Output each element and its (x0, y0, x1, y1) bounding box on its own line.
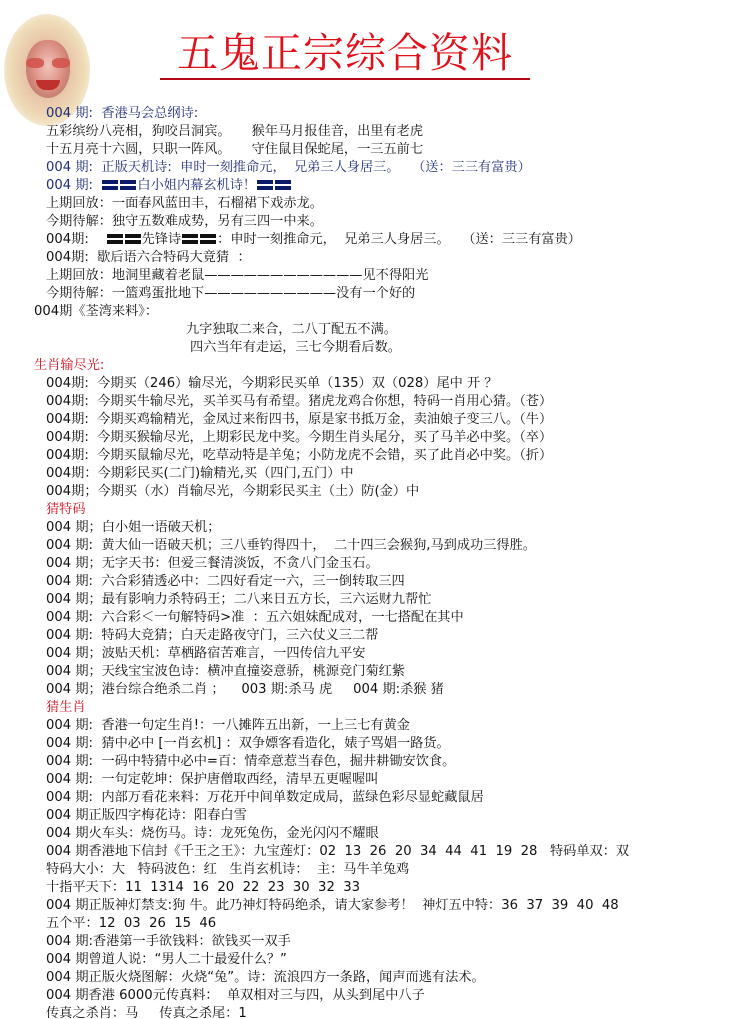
avatar-glasses (26, 58, 70, 68)
list-item: 004期: 今期买猴输尽光，上期彩民龙中奖。今期生肖头尾分，买了马羊必中奖。（卒… (46, 429, 552, 446)
list-item: 004 期曾道人说：“男人二十最爱什么？” (46, 951, 287, 968)
list-item: 004 期香港 6000元传真料： 单双相对三与四，从头到尾中八子 (46, 987, 425, 1004)
list-item: 004 期: 一句定乾坤：保护唐僧取西经，清早五更喔喔叫 (46, 771, 378, 788)
list-item: 004 期:香港第一手欲钱料：欲钱买一双手 (46, 933, 291, 950)
list-item: 五个平：12 03 26 15 46 (46, 915, 216, 932)
list-item: 004期；今期买（水）肖输尽光，今期彩民买主（土）防(金）中 (46, 483, 419, 500)
list-item: 004 期正版四字梅花诗：阳春白雪 (46, 807, 247, 824)
intro-prefix: 004期: (46, 232, 106, 247)
list-item: 004 期香港地下信封《千王之王》：九宝莲灯：02 13 26 20 34 44… (46, 843, 629, 860)
poem-line: 九字独取二来合，二八丁配五不满。 (186, 321, 397, 338)
list-item: 004 期: 香港一句定生肖!：一八摊阵五出新，一上三七有黄金 (46, 717, 410, 734)
list-item: 004 期；最有影响力杀特码王；二八来日五方长，三六运财九帮忙 (46, 591, 431, 608)
list-item: 004 期；白小姐一语破天机； (46, 519, 220, 536)
intro-line: 五彩缤纷八亮相，狗咬吕洞宾。 猴年马月报佳音，出里有老虎 (46, 123, 423, 140)
double-bar-icon (120, 180, 136, 190)
list-item: 004 期: 黄大仙一语破天机；三八垂钓得四十， 二十四三会猴狗,马到成功三得胜… (46, 537, 536, 554)
list-item: 传真之杀肖：马 传真之杀尾：1 (46, 1005, 247, 1019)
double-bar-icon (107, 234, 123, 244)
intro-line-bars: 004期: 先锋诗：申时一刻推命元， 兄弟三人身居三。 （送：三三有富贵） (46, 231, 581, 248)
list-item: 004 期: 一码中特猜中必中=百：情牵意惹当春色，掘井耕锄安饮食。 (46, 753, 455, 770)
double-bar-icon (182, 234, 198, 244)
list-item: 004 期火车头：烧伤马。诗：龙死兔伤，金光闪闪不耀眼 (46, 825, 379, 842)
list-item: 004 期正版火烧图解：火烧“兔”。诗：流浪四方一条路，闻声而逃有法术。 (46, 969, 485, 986)
list-item: 004 期: 内部万看花来料：万花开中间单数定成局，蓝绿色彩尽显蛇藏鼠居 (46, 789, 484, 806)
double-bar-icon (200, 234, 216, 244)
double-bar-icon (102, 180, 118, 190)
list-item: 004 期: 特码大竞猜；白天走路夜守门，三六仗义三二帮 (46, 627, 378, 644)
intro-line: 004期《荃湾来料》： (34, 303, 158, 320)
list-item: 004 期: 猜中必中 [一肖玄机] ：双争嫖客看造化，婊子骂娼一路货。 (46, 735, 450, 752)
double-bar-icon (257, 180, 273, 190)
double-bar-icon (275, 180, 291, 190)
page-title: 五鬼正宗综合资料 (160, 30, 530, 80)
intro-bar-label: 先锋诗 (142, 232, 182, 247)
list-item: 十指平天下：11 1314 16 20 22 23 30 32 33 (46, 879, 360, 896)
poem-line: 四六当年有走运，三七今期看后数。 (190, 339, 401, 356)
list-item: 004 期: 六合彩＜一句解特码>准 ：五六姐妹配成对，一七搭配在其中 (46, 609, 464, 626)
list-item: 004 期；波贴天机：草栖路宿苦难言，一四传信九平安 (46, 645, 366, 662)
intro-bar-label: 白小姐内幕玄机诗！ (137, 178, 256, 193)
intro-line: 上期回放：一面春风蓝田丰，石榴裙下戏赤龙。 (46, 195, 323, 212)
section-heading: 猜生肖 (46, 699, 86, 716)
intro-suffix: ：申时一刻推命元， 兄弟三人身居三。 （送：三三有富贵） (217, 232, 581, 247)
double-bar-icon (125, 234, 141, 244)
list-item: 004 期；无字天书：但爱三餐清淡饭，不贪八门金玉石。 (46, 555, 379, 572)
list-item: 004 期；港台综合绝杀二肖 ； 003 期:杀马 虎 004 期:杀猴 猪 (46, 681, 444, 698)
intro-line: 004 期: 香港马会总纲诗: (46, 105, 198, 122)
intro-prefix: 004 期: (46, 178, 101, 193)
intro-line: 004 期: 正版天机诗: 申时一刻推命元， 兄弟三人身居三。 （送：三三有富贵… (46, 159, 531, 176)
list-item: 004期: 今期买鸡输精光，金凤过来衔四书，原是家书抵万金，卖油娘子变三八。（牛… (46, 411, 552, 428)
section-heading: 生肖输尽光: (34, 357, 104, 374)
list-item: 004期: 今期买（246）输尽光，今期彩民买单（135）双（028）尾中 开 … (46, 375, 498, 392)
intro-line: 004期: 歇后语六合特码大竟猜 ： (46, 249, 251, 266)
list-item: 004 期；天线宝宝波色诗：横冲直撞姿意骄，桃源竞门菊红紫 (46, 663, 405, 680)
list-item: 004期: 今期买牛输尽光，买羊买马有希望。猪虎龙鸡合你想，特码一肖用心猜。（苍… (46, 393, 552, 410)
intro-line: 十五月亮十六圆，只职一阵风。 守住鼠目保蛇尾，一三五前七 (46, 141, 423, 158)
list-item: 004期: 今期买鼠输尽光，吃草动特是羊兔；小防龙虎不会错，买了此肖必中奖。（折… (46, 447, 552, 464)
list-item: 004 期: 六合彩猜透必中：二四好看定一六，三一倒转取三四 (46, 573, 405, 590)
intro-line: 今期待解：一篮鸡蛋批地下——————————没有一个好的 (46, 285, 415, 302)
list-item: 特码大小：大 特码波色：红 生肖玄机诗： 主：马牛羊兔鸡 (46, 861, 409, 878)
list-item: 004期：今期彩民买(二门)输精光,买（四门,五门）中 (46, 465, 354, 482)
intro-line-bars: 004 期: 白小姐内幕玄机诗！ (46, 177, 292, 194)
section-heading: 猜特码 (46, 501, 86, 518)
intro-line: 今期待解：独守五数难成势，另有三四一中来。 (46, 213, 323, 230)
list-item: 004 期正版神灯禁支:狗 牛。此乃神灯特码绝杀，请大家参考！ 神灯五中特：36… (46, 897, 619, 914)
intro-line: 上期回放：地洞里藏着老鼠————————————见不得阳光 (46, 267, 428, 284)
